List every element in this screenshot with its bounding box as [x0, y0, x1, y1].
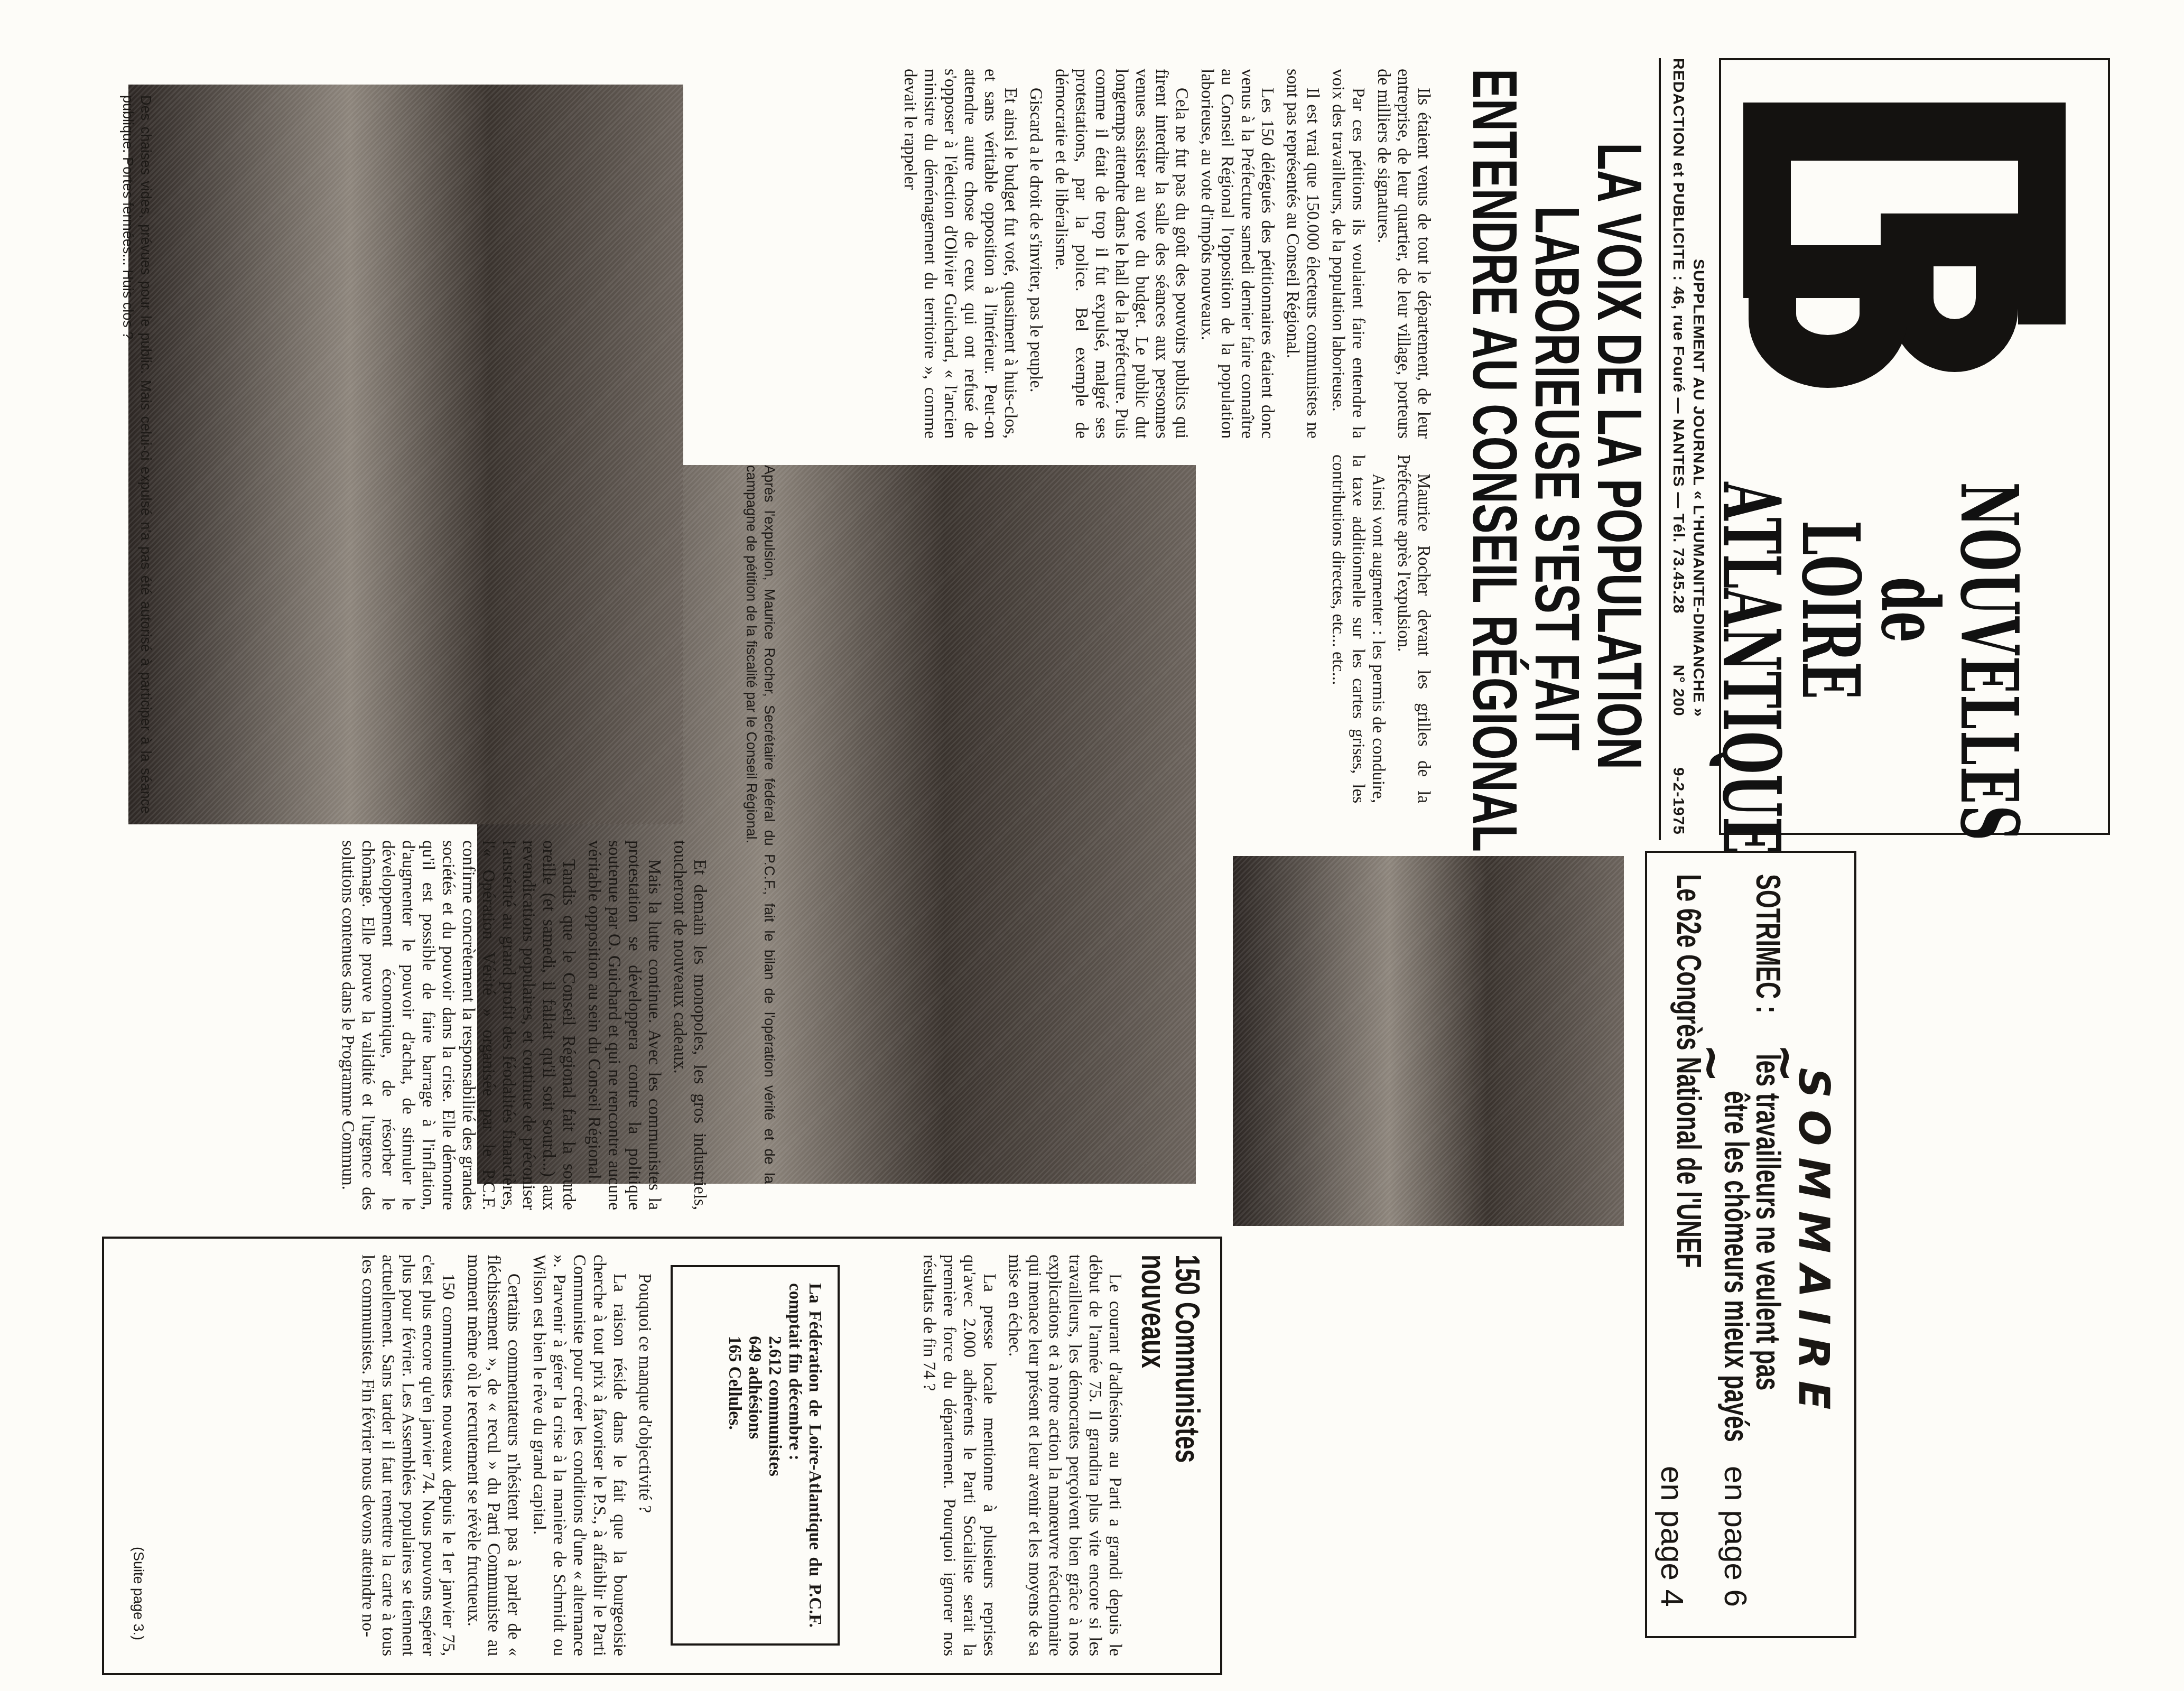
nla-logo-icon — [1743, 92, 2066, 388]
communistes-headline-line-2: nouveaux — [1137, 1255, 1170, 1463]
masthead-box: NOUVELLES de LOIRE ATLANTIQUE — [1719, 58, 2110, 835]
sommaire-item-1-label[interactable]: SOTRIMEC : — [1751, 874, 1786, 1014]
paragraph: Tandis que le Conseil Régional fait la s… — [338, 840, 579, 1210]
paragraph: Cela ne fut pas du goût des pouvoirs pub… — [1051, 69, 1192, 439]
paragraph: Par ces pétitions ils voulaient faire en… — [1328, 69, 1368, 439]
photo-chairs-caption: Des chaises vides, prévues pour le publi… — [119, 95, 155, 814]
divider-rule — [1659, 58, 1661, 840]
sommaire-item-1-page: en page 6 — [1717, 1466, 1754, 1607]
paragraph: Giscard a le droit de s'inviter, pas le … — [1026, 69, 1046, 439]
stat-adhesions: 649 adhésions — [745, 1336, 765, 1628]
redaction-address: REDACTION et PUBLICITE : 46, rue Fouré —… — [1668, 58, 1688, 614]
paragraph: Maurice Rocher devant les grilles de la … — [1393, 454, 1434, 803]
title-atlantique: ATLANTIQUE — [1712, 482, 1791, 738]
lead-headline: LA VOIX DE LA POPULATION LABORIEUSE S'ES… — [1463, 69, 1650, 835]
masthead-info: SUPPLEMENT AU JOURNAL « L'HUMANITE-DIMAN… — [1668, 58, 1708, 835]
paragraph: 150 communistes nouveaux depuis le 1er j… — [358, 1255, 458, 1656]
title-nouvelles: NOUVELLES — [1949, 482, 2029, 738]
federation-stats-box: La Fédération de Loire-Atlantique du P.C… — [671, 1265, 840, 1646]
lead-article-column-1: Ils étaient venus de tout le département… — [900, 69, 1434, 439]
headline-line-1: LA VOIX DE LA POPULATION — [1588, 143, 1650, 641]
paragraph: Ils étaient venus de tout le département… — [1373, 69, 1434, 439]
paragraph: Et demain les monopoles, les gros indust… — [670, 840, 710, 1210]
federation-intro: La Fédération de Loire-Atlantique du P.C… — [785, 1283, 825, 1628]
headline-line-3: ENTENDRE AU CONSEIL RÉGIONAL — [1463, 69, 1526, 620]
lead-article-continuation: Et demain les monopoles, les gros indust… — [338, 840, 710, 1210]
communistes-column-2: Pouquoi ce manque d'objectivité ? La rai… — [358, 1255, 655, 1656]
paragraph: Il est vrai que 150.000 électeurs commun… — [1282, 69, 1323, 439]
paragraph: Certains commentateurs n'hésitent pas à … — [463, 1255, 524, 1656]
paragraph: La presse locale mentionne à plusieurs r… — [919, 1255, 999, 1656]
lead-article-column-2: Maurice Rocher devant les grilles de la … — [1328, 454, 1434, 803]
supplement-text: SUPPLEMENT AU JOURNAL « L'HUMANITE-DIMAN… — [1688, 259, 1708, 717]
communistes-column-1: Le courant d'adhésions au Parti a grandi… — [919, 1255, 1125, 1656]
paragraph: Mais la lutte continue. Avec les communi… — [584, 840, 664, 1210]
federation-stats: 2.612 communistes 649 adhésions 165 Cell… — [724, 1336, 785, 1628]
communistes-headline-line-1: 150 Communistes — [1170, 1255, 1204, 1463]
issue-number: N° 200 — [1668, 665, 1688, 717]
paragraph: Ainsi vont augmenter : les permis de con… — [1328, 454, 1388, 803]
stat-communistes: 2.612 communistes — [765, 1336, 785, 1628]
newspaper-page: NOUVELLES de LOIRE ATLANTIQUE SUPPLEMENT… — [0, 0, 2184, 1691]
paragraph: Le courant d'adhésions au Parti a grandi… — [1005, 1255, 1125, 1656]
photo-crowd — [1233, 856, 1624, 1226]
suite-page-link[interactable]: (Suite page 3.) — [129, 1450, 147, 1640]
sommaire-item-1-line2[interactable]: être les chômeurs mieux payés — [1719, 1091, 1754, 1442]
sommaire-item-1-line1[interactable]: les travailleurs ne veulent pas — [1751, 1054, 1786, 1390]
photo-empty-chairs — [128, 85, 683, 824]
newspaper-title: NOUVELLES de LOIRE ATLANTIQUE — [1712, 404, 2029, 816]
headline-line-2: LABORIEUSE S'EST FAIT — [1526, 206, 1588, 659]
paragraph: La raison réside dans le fait que la bou… — [529, 1255, 629, 1656]
paragraph: Et ainsi le budget fut voté, quasiment à… — [900, 69, 1020, 439]
communistes-article-box: 150 Communistes nouveaux Le courant d'ad… — [102, 1237, 1222, 1675]
photo-rocher-caption: Après l'expulsion, Maurice Rocher, Secré… — [742, 465, 778, 1184]
paragraph: Les 150 délégués des pétitionnaires étai… — [1197, 69, 1277, 439]
issue-date: 9-2-1975 — [1668, 767, 1688, 835]
title-de-loire: de LOIRE — [1791, 482, 1949, 738]
sommaire-item-2-line1[interactable]: Le 62e Congrès National de l'UNEF — [1671, 874, 1706, 1268]
paragraph: Pouquoi ce manque d'objectivité ? — [635, 1255, 655, 1656]
sommaire-title: SOMMAIRE — [1789, 853, 1838, 1636]
communistes-headline: 150 Communistes nouveaux — [1137, 1255, 1204, 1544]
stat-cellules: 165 Cellules. — [724, 1336, 745, 1628]
